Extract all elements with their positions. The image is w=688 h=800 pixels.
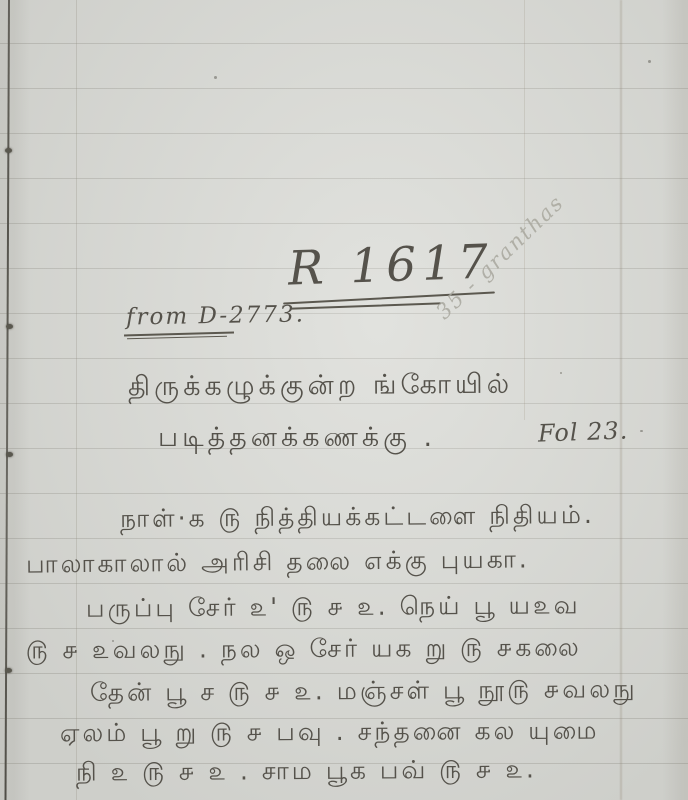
binding-knot xyxy=(6,324,13,329)
folio-number: Fol 23. xyxy=(538,416,629,447)
margin-rule-line xyxy=(76,0,77,800)
paper-speck xyxy=(296,268,298,270)
paper-speck xyxy=(560,372,562,374)
accession-underline xyxy=(291,302,441,309)
body-line: நி ௨ ௫ ௪ ௨ . சாம பூக பவ் ௫ ௪ ௨. xyxy=(76,754,537,790)
body-line: ஏலம் பூ று ௫ ௪ பவு . சந்தனை கல யுமை xyxy=(60,716,600,752)
binding-knot xyxy=(5,148,12,153)
paper-speck xyxy=(214,76,217,79)
manuscript-page: R 1617 from D-2773. 35 - granthas திருக்… xyxy=(0,0,688,800)
paper-speck xyxy=(648,60,651,63)
body-line: நாள்·க ௫ நித்தியக்கட்டளை நிதியம். xyxy=(120,500,595,537)
body-line: பாலாகாலால் அரிசி தலை ௭க்கு புயகா. xyxy=(26,544,530,582)
title-line-1: திருக்கழுக்குன்ற ங்கோயில் xyxy=(128,369,513,407)
binding-thread xyxy=(5,0,10,800)
paper-speck xyxy=(640,430,643,432)
body-line: ௫ ௪ ௨வலநு . நல ஒ சேர் யக று ௫ ௪கலை xyxy=(26,633,582,669)
source-underline xyxy=(127,336,227,340)
binding-knot xyxy=(6,452,13,457)
paper-speck xyxy=(112,640,114,642)
body-line: தேன் பூ ச ௫ ௪ ௨. மஞ்சள் பூ நூ௫ ௪வலநு xyxy=(90,674,638,711)
source-number: from D-2773. xyxy=(126,301,305,330)
title-line-2: படித்தனக்கணக்கு . xyxy=(158,422,436,457)
body-line: பருப்பு சேர் ௨' ௫ ௪ ௨. நெய் பூ ய௨வ xyxy=(86,590,581,626)
binding-knot xyxy=(5,668,12,673)
page-fold-line-secondary xyxy=(524,0,525,420)
